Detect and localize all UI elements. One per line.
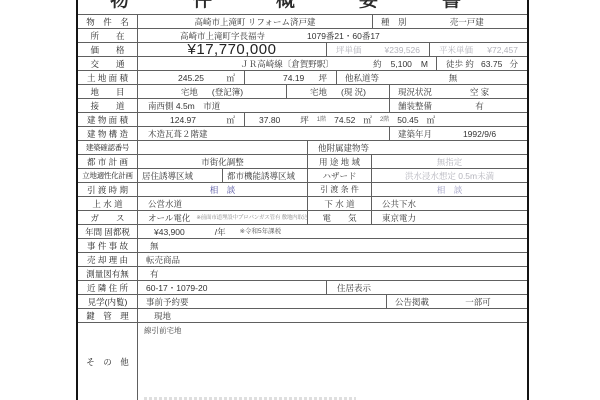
sqm-unit-price-label: 平米単価: [439, 44, 473, 56]
current-category: 宅地: [310, 86, 327, 98]
sale-reason-label: 売 却 理 由: [78, 253, 138, 266]
public-notice-value: 一部可: [429, 296, 527, 308]
tax-year-note: ※令和5年課税: [240, 226, 282, 238]
structure-value: 木造瓦葺２階建: [138, 127, 390, 140]
distance-group: 約 5,100 M: [373, 57, 428, 70]
walk-minutes: 63.75: [481, 58, 502, 70]
transport-line-cell: ＪＲ高崎線〔倉賀野駅〕 約 5,100 M: [138, 57, 437, 70]
row-city-planning: 都 市 計 画 市街化調整 用 途 地 域 無指定: [78, 154, 527, 168]
road-access-value: 南西側 4.5m 市道: [138, 99, 390, 112]
tsubo-unit-price-cell: 坪単価 ¥239,526: [327, 43, 430, 56]
building-area-sqm-cell: 124.97 ㎡: [138, 113, 245, 126]
hazard-label: ハザード: [308, 169, 372, 182]
delivery-time-value: 相 談: [138, 183, 308, 196]
electricity-label: 電 気: [308, 211, 372, 224]
floor1-label: 1階: [317, 114, 326, 126]
public-notice-label: 公告掲載: [387, 296, 429, 308]
row-location: 所 在 高崎市上滝町字長福寺 1079番21・60番17: [78, 28, 527, 42]
row-delivery-time: 引 渡 時 期 相 談 引 渡 条 件 相 談: [78, 182, 527, 196]
water-supply-value: 公営水道: [138, 197, 308, 210]
row-transport: 交 通 ＪＲ高崎線〔倉賀野駅〕 約 5,100 M 徒歩 約 63.75 分: [78, 56, 527, 70]
row-structure: 建 物 構 造 木造瓦葺２階建 建築年月 1992/9/6: [78, 126, 527, 140]
survey-map-label: 測量図有無: [78, 267, 138, 280]
registry-category: 宅地: [181, 86, 198, 98]
building-area-label: 建 物 面 積: [78, 113, 138, 126]
pavement-label: 舗装整備: [390, 100, 432, 112]
gas-label: ガ ス: [78, 211, 138, 224]
row-viewing: 見学(内覧) 事前予約要 公告掲載 一部可: [78, 294, 527, 308]
neighbor-address-label: 近 隣 住 所: [78, 281, 138, 294]
other-label: そ の 他: [78, 323, 138, 400]
train-line: ＪＲ高崎線〔倉賀野駅〕: [240, 58, 334, 70]
hazard-value: 洪水浸水想定 0.5m未満: [372, 169, 527, 182]
price-value-cell: ¥17,770,000: [138, 43, 327, 56]
key-management-label: 鍵 管 理: [78, 309, 138, 322]
location-label: 所 在: [78, 29, 138, 42]
sewerage-value: 公共下水: [372, 197, 527, 210]
property-name-label: 物 件 名: [78, 15, 138, 28]
viewing-label: 見学(内覧): [78, 295, 138, 308]
land-area-tsubo: 74.19: [283, 72, 304, 84]
delivery-terms-label: 引 渡 条 件: [308, 183, 372, 196]
residence-guidance-zone: 居住誘導区域: [138, 169, 223, 182]
building-area-detail-cell: 37.80 坪 1階 74.52 ㎡ 2階 50.45 ㎡: [245, 113, 527, 126]
row-building-confirmation: 建築確認番号 他附属建物等: [78, 140, 527, 154]
row-annual-tax: 年間 固都税 ¥43,900 /年 ※令和5年課税: [78, 224, 527, 238]
gas-note: ※前面市道埋設中プロパンガス管有 敷地内取込有: [196, 212, 308, 224]
city-planning-label: 都 市 計 画: [78, 155, 138, 168]
property-name-value: 高崎市上滝町 リフォーム済戸建: [138, 15, 373, 28]
neighbor-address-value: 60-17・1079-20: [138, 281, 327, 294]
distance-value: 5,100: [391, 58, 412, 70]
document-title: 物件概要書: [110, 0, 525, 12]
row-neighbor-address: 近 隣 住 所 60-17・1079-20 住居表示: [78, 280, 527, 294]
survey-map-value: 有: [138, 267, 527, 280]
current-status-cell: 現況状況 空 家: [390, 85, 527, 98]
building-area-sqm: 124.97: [170, 114, 196, 126]
gas-value: オール電化: [148, 212, 190, 224]
private-road-label: 他私道等: [337, 72, 379, 84]
annual-tax-label: 年間 固都税: [78, 225, 138, 238]
built-date-label: 建築年月: [390, 128, 432, 140]
floor2-label: 2階: [380, 114, 389, 126]
city-planning-value: 市街化調整: [138, 155, 308, 168]
row-road-access: 接 道 南西側 4.5m 市道 舗装整備 有: [78, 98, 527, 112]
building-area-tsubo: 37.80: [259, 114, 280, 126]
incidents-label: 事 件 事 故: [78, 239, 138, 252]
private-road-cell: 他私道等 無: [337, 71, 527, 84]
sqm-unit-price-value: ¥72,457: [487, 44, 518, 56]
row-building-area: 建 物 面 積 124.97 ㎡ 37.80 坪 1階 74.52 ㎡ 2階 5…: [78, 112, 527, 126]
floor2-area: 50.45: [397, 114, 418, 126]
other-cell: 線引前宅地: [138, 323, 527, 400]
urban-function-zone: 都市機能誘導区域: [223, 169, 308, 182]
use-district-label: 用 途 地 域: [308, 155, 372, 168]
public-notice-cell: 公告掲載 一部可: [387, 295, 527, 308]
key-management-value: 現地: [138, 309, 527, 322]
private-road-value: 無: [379, 72, 527, 84]
current-status-value: 空 家: [432, 86, 527, 98]
sqm-unit-price-cell: 平米単価 ¥72,457: [430, 43, 527, 56]
residence-display-label: 住居表示: [337, 282, 371, 294]
land-area-tsubo-cell: 74.19 坪: [245, 71, 337, 84]
property-type-cell: 種 別 売一戸建: [373, 15, 527, 28]
built-date-value: 1992/9/6: [432, 128, 527, 140]
delivery-time-label: 引 渡 時 期: [78, 183, 138, 196]
row-sale-reason: 売 却 理 由 転売商品: [78, 252, 527, 266]
structure-label: 建 物 構 造: [78, 127, 138, 140]
transport-label: 交 通: [78, 57, 138, 70]
row-property-name: 物 件 名 高崎市上滝町 リフォーム済戸建 種 別 売一戸建: [78, 14, 527, 28]
location-value: 高崎市上滝町字長福寺: [180, 30, 265, 42]
walk-time-cell: 徒歩 約 63.75 分: [437, 57, 527, 70]
sewerage-label: 下 水 道: [308, 197, 372, 210]
location-optimization-label: 立地適性化計画: [78, 169, 138, 182]
tsubo-unit-price-label: 坪単価: [336, 44, 362, 56]
road-access-label: 接 道: [78, 99, 138, 112]
pavement-value: 有: [432, 100, 527, 112]
sale-reason-value: 転売商品: [138, 253, 527, 266]
other-note: 線引前宅地: [144, 325, 182, 337]
document-title-clipped: 物件概要書: [78, 0, 527, 14]
price-value: ¥17,770,000: [188, 44, 277, 56]
land-category-registry-cell: 宅地 (登記簿): [138, 85, 287, 98]
land-category-current-cell: 宅地 (現 況): [287, 85, 390, 98]
annual-tax-value: ¥43,900: [154, 226, 185, 238]
tsubo-unit-price-value: ¥239,526: [385, 44, 420, 56]
use-district-value: 無指定: [372, 155, 527, 168]
location-cell: 高崎市上滝町字長福寺 1079番21・60番17: [138, 29, 527, 42]
gas-value-cell: オール電化 ※前面市道埋設中プロパンガス管有 敷地内取込有: [138, 211, 308, 224]
land-area-sqm: 245.25: [178, 72, 204, 84]
building-confirmation-value: [138, 141, 308, 154]
property-table: 物件概要書 物 件 名 高崎市上滝町 リフォーム済戸建 種 別 売一戸建 所 在…: [76, 0, 529, 400]
attached-buildings-cell: 他附属建物等: [308, 141, 527, 154]
viewing-value: 事前予約要: [138, 295, 387, 308]
row-price: 価 格 ¥17,770,000 坪単価 ¥239,526 平米単価 ¥72,45…: [78, 42, 527, 56]
land-area-label: 土 地 面 積: [78, 71, 138, 84]
residence-display-cell: 住居表示: [327, 281, 527, 294]
location-lot-number: 1079番21・60番17: [307, 30, 380, 42]
property-type-label: 種 別: [373, 16, 407, 28]
delivery-terms-value: 相 談: [372, 183, 527, 196]
building-confirmation-label: 建築確認番号: [78, 141, 138, 154]
incidents-value: 無: [138, 239, 527, 252]
current-status-label: 現況状況: [390, 86, 432, 98]
attached-buildings-label: 他附属建物等: [318, 142, 369, 154]
annual-tax-cell: ¥43,900 /年 ※令和5年課税: [138, 225, 527, 238]
land-category-label: 地 目: [78, 85, 138, 98]
row-land-category: 地 目 宅地 (登記簿) 宅地 (現 況) 現況状況 空 家: [78, 84, 527, 98]
row-other: そ の 他 線引前宅地: [78, 322, 527, 400]
row-incidents: 事 件 事 故 無: [78, 238, 527, 252]
electricity-value: 東京電力: [372, 211, 527, 224]
row-water-supply: 上 水 道 公営水道 下 水 道 公共下水: [78, 196, 527, 210]
water-supply-label: 上 水 道: [78, 197, 138, 210]
built-date-cell: 建築年月 1992/9/6: [390, 127, 527, 140]
property-overview-sheet: 物件概要書 物 件 名 高崎市上滝町 リフォーム済戸建 種 別 売一戸建 所 在…: [0, 0, 600, 400]
property-type-value: 売一戸建: [407, 16, 527, 28]
row-location-optimization: 立地適性化計画 居住誘導区域 都市機能誘導区域 ハザード 洪水浸水想定 0.5m…: [78, 168, 527, 182]
land-area-sqm-cell: 245.25 ㎡: [138, 71, 245, 84]
row-gas: ガ ス オール電化 ※前面市道埋設中プロパンガス管有 敷地内取込有 電 気 東京…: [78, 210, 527, 224]
row-survey-map: 測量図有無 有: [78, 266, 527, 280]
row-key-management: 鍵 管 理 現地: [78, 308, 527, 322]
pavement-cell: 舗装整備 有: [390, 99, 527, 112]
price-label: 価 格: [78, 43, 138, 56]
floor1-area: 74.52: [334, 114, 355, 126]
row-land-area: 土 地 面 積 245.25 ㎡ 74.19 坪 他私道等 無: [78, 70, 527, 84]
